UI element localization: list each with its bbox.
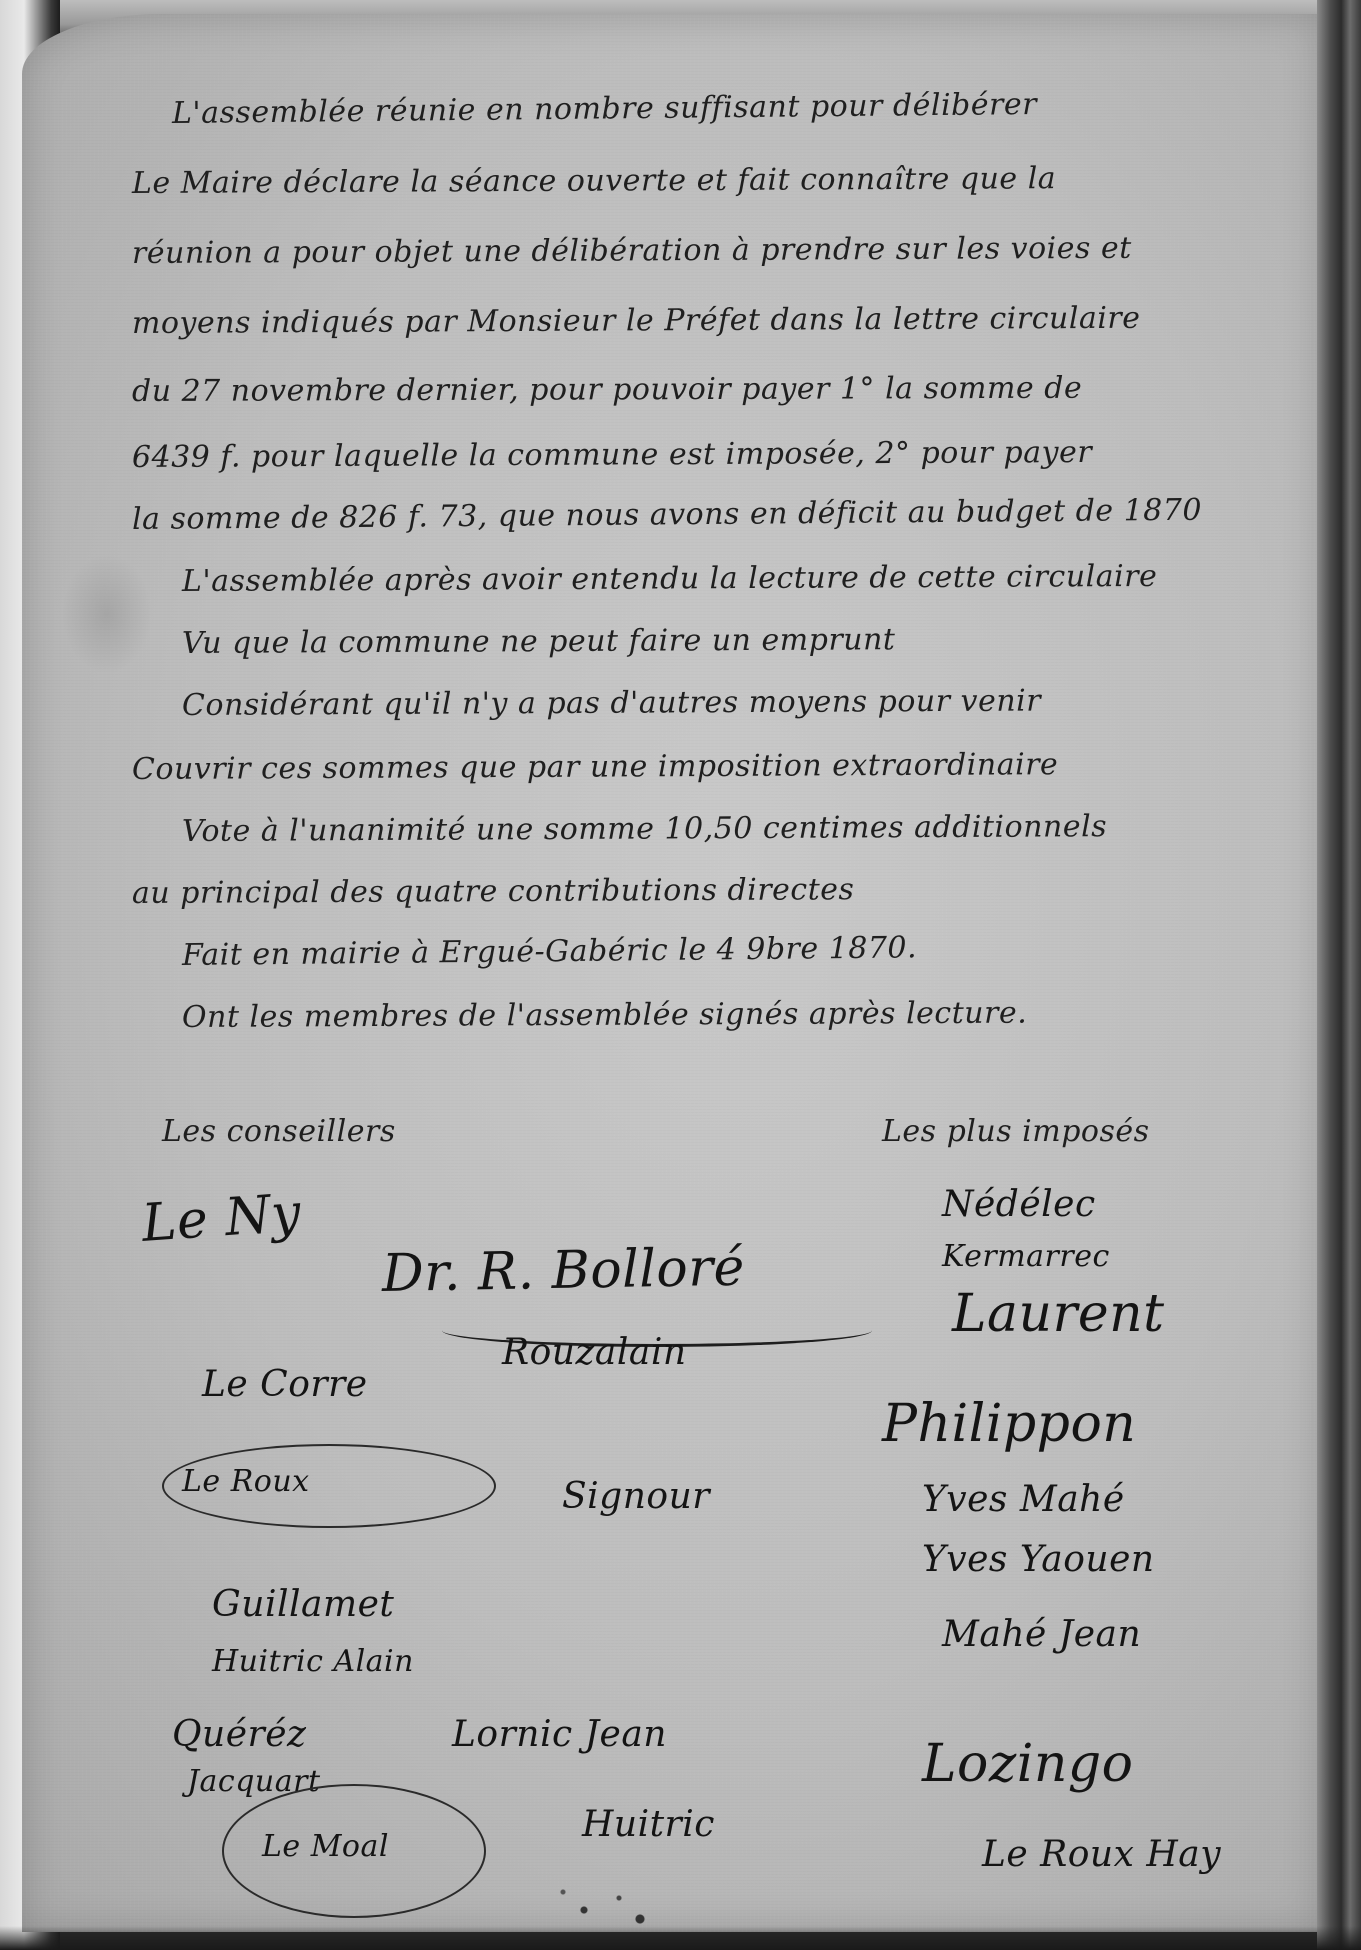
signature-le-roux-hay: Le Roux Hay xyxy=(982,1834,1221,1875)
signature-nedelec: Nédélec xyxy=(942,1184,1096,1225)
heading-plus-imposes: Les plus imposés xyxy=(882,1114,1150,1149)
signature-le-roux: Le Roux xyxy=(182,1464,310,1499)
signature-bollore: Dr. R. Bolloré xyxy=(381,1238,745,1304)
body-line-3: réunion a pour objet une délibération à … xyxy=(132,231,1132,271)
signature-huitric-alain: Huitric Alain xyxy=(212,1644,414,1679)
body-line-7: la somme de 826 f. 73, que nous avons en… xyxy=(132,493,1202,537)
body-line-11: Couvrir ces sommes que par une impositio… xyxy=(132,747,1058,787)
body-line-4: moyens indiqués par Monsieur le Préfet d… xyxy=(132,301,1141,341)
body-line-9: Vu que la commune ne peut faire un empru… xyxy=(182,622,896,661)
heading-conseillers: Les conseillers xyxy=(162,1114,396,1149)
signature-yves-yaouen: Yves Yaouen xyxy=(922,1539,1155,1580)
body-line-2: Le Maire déclare la séance ouverte et fa… xyxy=(132,161,1056,201)
body-line-12: Vote à l'unanimité une somme 10,50 centi… xyxy=(182,809,1107,849)
signature-le-ny: Le Ny xyxy=(140,1183,303,1254)
paper-stain xyxy=(62,554,152,674)
signature-laurent: Laurent xyxy=(952,1284,1165,1344)
signature-huitric: Huitric xyxy=(582,1804,715,1845)
signature-signour: Signour xyxy=(562,1476,710,1517)
signature-mahe-jean: Mahé Jean xyxy=(942,1614,1141,1655)
signature-le-moal: Le Moal xyxy=(262,1829,389,1864)
signature-kermarrec: Kermarrec xyxy=(942,1239,1110,1274)
ink-blot xyxy=(542,1874,682,1932)
book-binding xyxy=(1317,0,1361,1950)
signature-querez: Quéréz xyxy=(172,1714,306,1755)
signature-yves-mahe: Yves Mahé xyxy=(922,1479,1125,1520)
signature-philippon: Philippon xyxy=(882,1394,1136,1454)
body-line-1: L'assemblée réunie en nombre suffisant p… xyxy=(172,87,1037,131)
signature-guillamet: Guillamet xyxy=(212,1584,394,1625)
body-line-15: Ont les membres de l'assemblée signés ap… xyxy=(182,996,1027,1035)
body-line-10: Considérant qu'il n'y a pas d'autres moy… xyxy=(182,684,1041,723)
signature-lozingo: Lozingo xyxy=(922,1734,1133,1794)
body-line-14-date: Fait en mairie à Ergué-Gabéric le 4 9bre… xyxy=(182,930,917,973)
signature-lornic-jean: Lornic Jean xyxy=(452,1714,667,1755)
manuscript-page: L'assemblée réunie en nombre suffisant p… xyxy=(22,14,1322,1932)
body-line-6: 6439 f. pour laquelle la commune est imp… xyxy=(132,435,1092,475)
bottom-edge-shadow xyxy=(0,1926,1361,1950)
body-line-8: L'assemblée après avoir entendu la lectu… xyxy=(182,559,1157,599)
body-line-13: au principal des quatre contributions di… xyxy=(132,872,855,911)
signature-le-corre: Le Corre xyxy=(202,1364,368,1405)
signature-rouzalain: Rouzalain xyxy=(502,1332,687,1373)
body-line-5: du 27 novembre dernier, pour pouvoir pay… xyxy=(132,371,1082,409)
